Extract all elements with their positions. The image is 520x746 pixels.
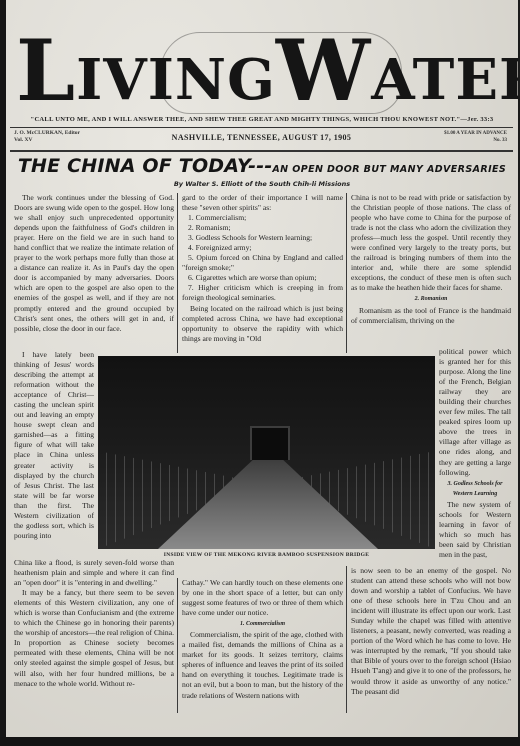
list-item: 2. Romanism;	[182, 223, 343, 233]
price-issue: $1.00 A YEAR IN ADVANCE No. 33	[444, 130, 507, 144]
column-2-top: gard to the order of their importance I …	[182, 193, 343, 344]
article-headline: THE CHINA OF TODAY---AN OPEN DOOR BUT MA…	[6, 155, 518, 177]
paragraph: political power which is granted her for…	[439, 347, 511, 478]
title-letter-w: W	[276, 30, 371, 112]
list-item: 6. Cigarettes which are worse than opium…	[182, 273, 343, 283]
column-divider	[346, 193, 347, 353]
title-letter-l: L	[16, 30, 76, 112]
divider-rule	[10, 150, 513, 152]
section-heading-commercialism: 1. Commercialism	[182, 619, 343, 629]
dateline: NASHVILLE, TENNESSEE, AUGUST 17, 1905	[10, 133, 513, 142]
column-1-narrow: I have lately been thinking of Jesus' wo…	[14, 350, 94, 541]
masthead-title: L IVI NG W ATER	[16, 22, 511, 112]
section-heading-romanism: 2. Romanism	[351, 294, 511, 304]
headline-sub: AN OPEN DOOR BUT MANY ADVERSARIES	[272, 164, 506, 175]
list-item: 7. Higher criticism which is creeping in…	[182, 283, 343, 303]
paragraph: The new system of schools for Western le…	[439, 500, 511, 560]
list-item: 5. Opium forced on China by England and …	[182, 253, 343, 273]
issue-number: No. 33	[444, 137, 507, 144]
column-3-bottom: is now seen to be an enemy of the gospel…	[351, 566, 511, 697]
column-1-top: The work continues under the blessing of…	[14, 193, 174, 334]
subscription-price: $1.00 A YEAR IN ADVANCE	[444, 130, 507, 137]
divider-rule	[10, 127, 513, 128]
paragraph: Being located on the railroad which is j…	[182, 304, 343, 344]
seven-spirits-list: 1. Commercialism; 2. Romanism; 3. Godles…	[182, 213, 343, 303]
bottom-scan-edge	[0, 737, 520, 746]
column-divider	[346, 566, 347, 713]
list-item: 4. Foreignized army;	[182, 243, 343, 253]
paragraph: The work continues under the blessing of…	[14, 193, 174, 334]
column-1-bottom: China like a flood, is surely seven-fold…	[14, 558, 174, 689]
paragraph: Cathay." We can hardly touch on these el…	[182, 578, 343, 618]
paragraph: Commercialism, the spirit of the age, cl…	[182, 630, 343, 700]
paragraph: China is not to be read with pride or sa…	[351, 193, 511, 293]
paragraph: It may be a fancy, but there seem to be …	[14, 588, 174, 688]
section-heading-godless-schools: 3. Godless Schools for Western Learning	[439, 479, 511, 499]
masthead-motto: "CALL UNTO ME, AND I WILL ANSWER THEE, A…	[6, 116, 518, 123]
headline-main: THE CHINA OF TODAY---	[18, 155, 273, 177]
paragraph: I have lately been thinking of Jesus' wo…	[14, 350, 94, 541]
list-item: 1. Commercialism;	[182, 213, 343, 223]
column-divider	[177, 578, 178, 713]
column-3-top: China is not to be read with pride or sa…	[351, 193, 511, 326]
info-bar: J. O. McCLURKAN, Editor Vol. XV NASHVILL…	[10, 130, 513, 148]
column-2-bottom: Cathay." We can hardly touch on these el…	[182, 578, 343, 701]
title-letters-ng: NG	[175, 52, 276, 108]
article-byline: By Walter S. Elliott of the South Chih-l…	[6, 180, 518, 188]
paragraph: is now seen to be an enemy of the gospel…	[351, 566, 511, 697]
masthead: L IVI NG W ATER	[10, 12, 515, 112]
list-item: 3. Godless Schools for Western learning;	[182, 233, 343, 243]
bridge-gate	[250, 426, 290, 460]
paragraph: Romanism as the tool of France is the ha…	[351, 306, 511, 326]
paragraph: gard to the order of their importance I …	[182, 193, 343, 213]
bridge-photograph	[98, 356, 435, 549]
newspaper-page: L IVI NG W ATER "CALL UNTO ME, AND I WIL…	[6, 0, 518, 737]
title-letters-ater: ATER	[371, 52, 518, 108]
title-letters-ivi: IVI	[76, 52, 175, 108]
column-3-narrow: political power which is granted her for…	[439, 347, 511, 560]
paragraph: China like a flood, is surely seven-fold…	[14, 558, 174, 588]
column-divider	[177, 193, 178, 353]
